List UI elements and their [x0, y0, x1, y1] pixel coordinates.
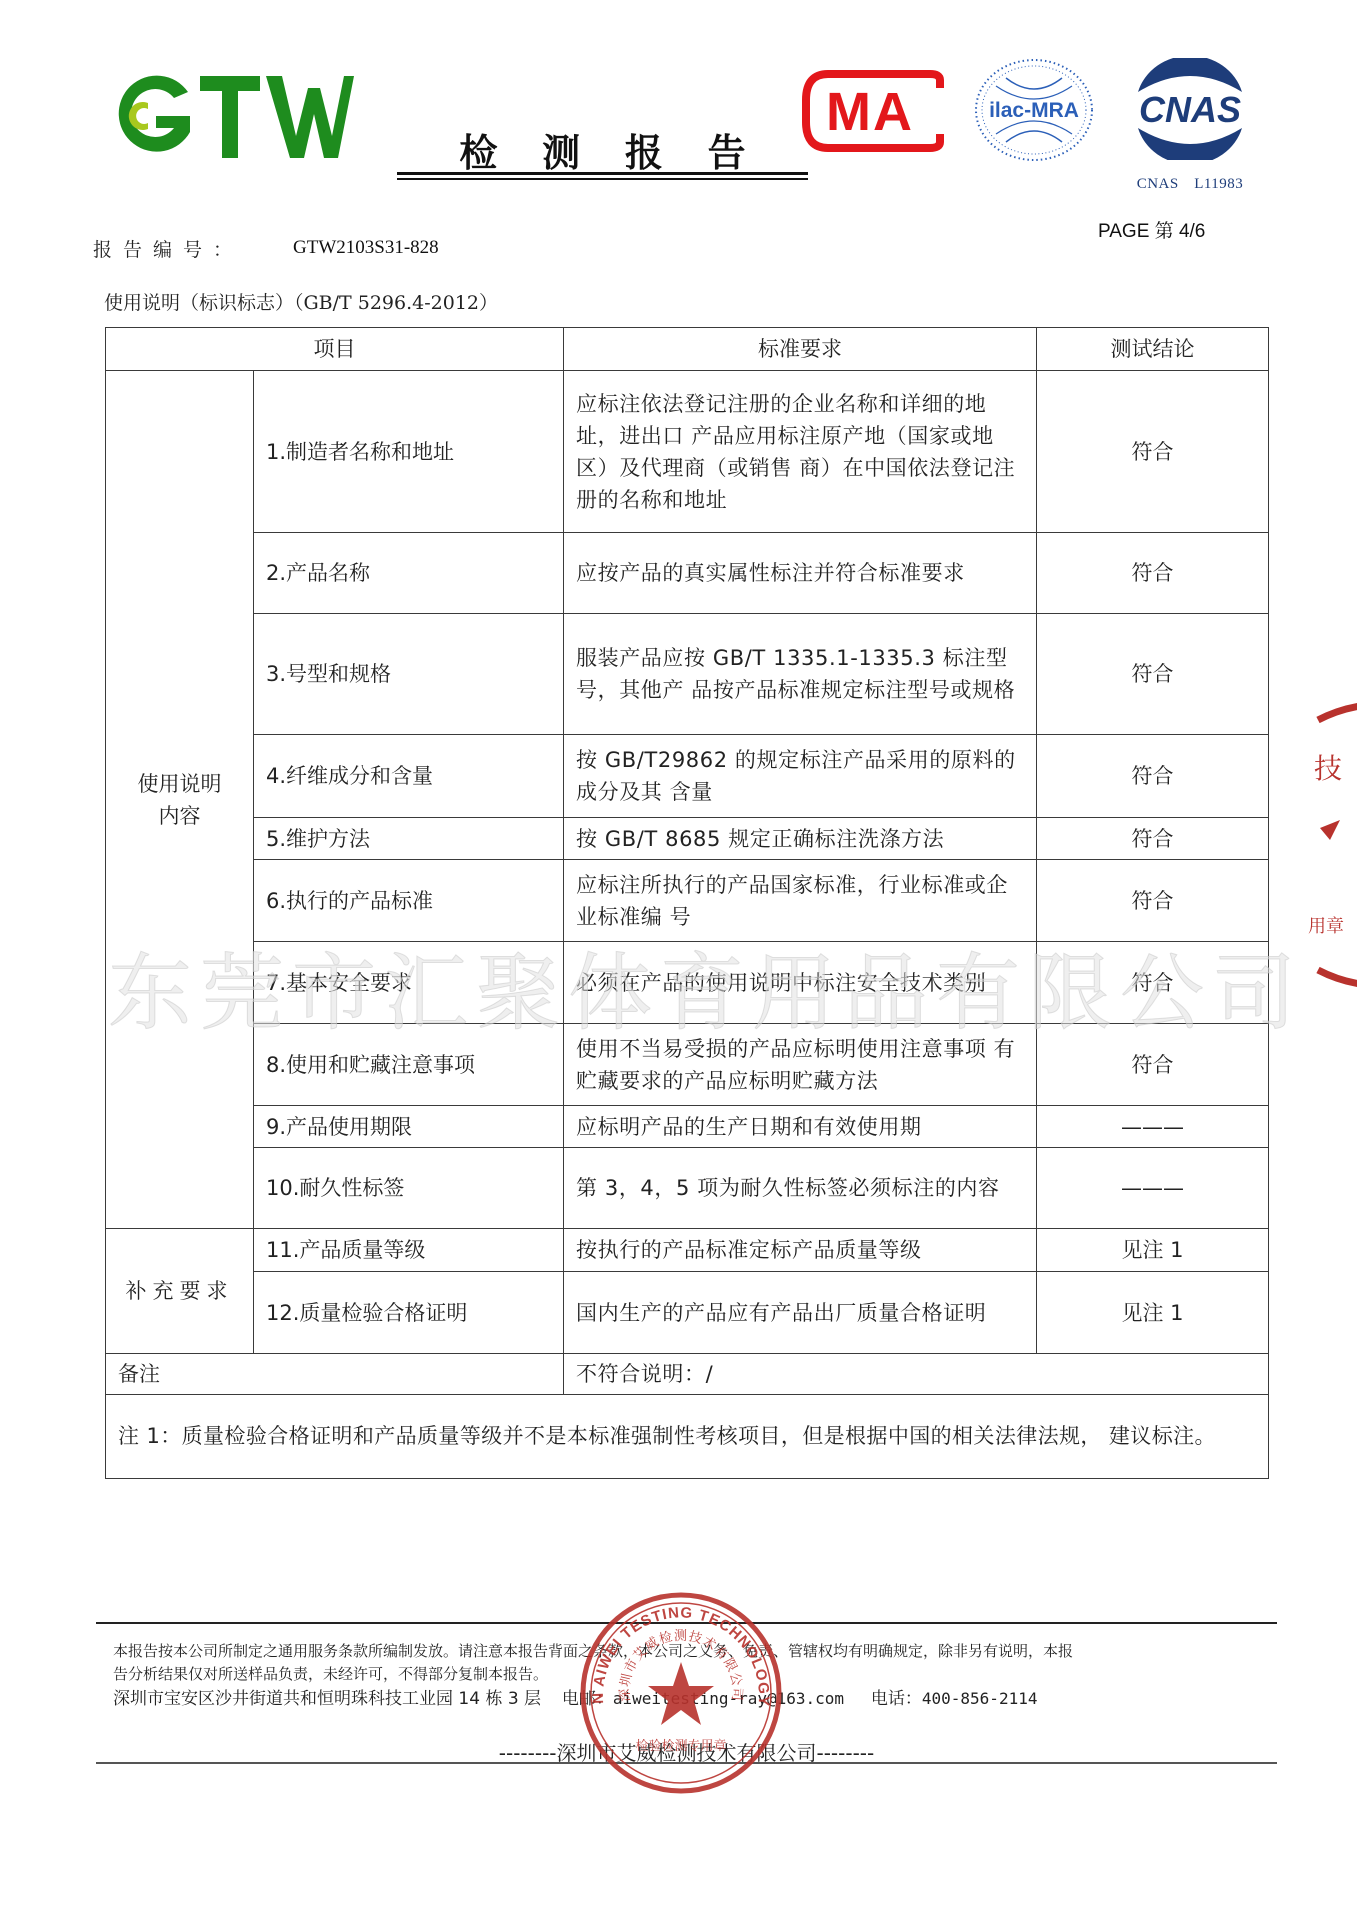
footer-phone: 400-856-2114 — [922, 1689, 1038, 1708]
gtw-logo-icon — [108, 70, 354, 162]
ilac-mra-logo: ilac-MRA — [972, 56, 1096, 164]
partial-seal-right-edge: 技 用章 — [1300, 700, 1357, 990]
svg-text:技: 技 — [1314, 752, 1342, 785]
title-underline-thin — [397, 178, 808, 180]
title-char: 测 — [542, 122, 580, 177]
table-row: 补充要求 11.产品质量等级 按执行的产品标准定标产品质量等级 见注 1 — [106, 1229, 1269, 1272]
title-underline-thick — [397, 172, 808, 175]
requirement-cell: 第 3，4，5 项为耐久性标签必须标注的内容 — [564, 1148, 1037, 1229]
result-cell: 符合 — [1037, 371, 1269, 533]
report-number-row: 报告编号： GTW2103S31-828 — [93, 234, 439, 262]
footer-disclaimer-line2: 告分析结果仅对所送样品负责，未经许可，不得部分复制本报告。 — [113, 1663, 548, 1684]
seal-stamp-icon: SHENZHEN AIWEI TESTING TECHNOLOGY CO.,LT… — [578, 1590, 784, 1796]
item-cell: 5.维护方法 — [254, 818, 564, 860]
requirement-cell: 应标注所执行的产品国家标准，行业标准或企业标准编 号 — [564, 860, 1037, 942]
column-header-item: 项目 — [106, 328, 564, 371]
note-text: 注 1：质量检验合格证明和产品质量等级并不是本标准强制性考核项目，但是根据中国的… — [106, 1395, 1269, 1479]
svg-text:检验检测专用章: 检验检测专用章 — [635, 1738, 726, 1754]
item-cell: 8.使用和贮藏注意事项 — [254, 1024, 564, 1106]
report-title: 检 测 报 告 — [397, 126, 808, 172]
item-cell: 1.制造者名称和地址 — [254, 371, 564, 533]
svg-text:ilac-MRA: ilac-MRA — [989, 99, 1079, 122]
result-cell: 见注 1 — [1037, 1229, 1269, 1272]
requirement-cell: 国内生产的产品应有产品出厂质量合格证明 — [564, 1272, 1037, 1354]
table-row: 3.号型和规格 服装产品应按 GB/T 1335.1-1335.3 标注型号，其… — [106, 614, 1269, 735]
page-number: PAGE 第 4/6 — [1098, 216, 1258, 243]
item-cell: 4.纤维成分和含量 — [254, 735, 564, 818]
title-char: 告 — [708, 122, 746, 177]
footer-address: 深圳市宝安区沙井街道共和恒明珠科技工业园 14 栋 3 层 — [113, 1689, 541, 1709]
remark-label: 备注 — [106, 1354, 564, 1395]
result-cell: 符合 — [1037, 860, 1269, 942]
item-cell: 2.产品名称 — [254, 533, 564, 614]
ilac-mra-icon: ilac-MRA — [972, 56, 1096, 164]
result-cell: 见注 1 — [1037, 1272, 1269, 1354]
item-cell: 7.基本安全要求 — [254, 942, 564, 1024]
cnas-logo: CNAS — [1124, 58, 1256, 160]
inspection-table: 项目 标准要求 测试结论 使用说明 内容 1.制造者名称和地址 应标注依法登记注… — [105, 327, 1269, 1479]
requirement-cell: 按 GB/T29862 的规定标注产品采用的原料的成分及其 含量 — [564, 735, 1037, 818]
report-number-value: GTW2103S31-828 — [293, 237, 439, 259]
seal-fragment-icon: 技 用章 — [1300, 700, 1357, 990]
table-row: 4.纤维成分和含量 按 GB/T29862 的规定标注产品采用的原料的成分及其 … — [106, 735, 1269, 818]
title-char: 报 — [625, 122, 663, 177]
requirement-cell: 应按产品的真实属性标注并符合标准要求 — [564, 533, 1037, 614]
report-number-label: 报告编号： — [93, 235, 293, 262]
result-cell: 符合 — [1037, 735, 1269, 818]
table-row: 2.产品名称 应按产品的真实属性标注并符合标准要求 符合 — [106, 533, 1269, 614]
table-row: 10.耐久性标签 第 3，4，5 项为耐久性标签必须标注的内容 ——— — [106, 1148, 1269, 1229]
svg-text:用章: 用章 — [1308, 916, 1344, 937]
title-char: 检 — [459, 122, 497, 177]
remark-value: 不符合说明：/ — [564, 1354, 1269, 1395]
svg-text:MA: MA — [826, 82, 914, 142]
table-row: 8.使用和贮藏注意事项 使用不当易受损的产品应标明使用注意事项 有贮藏要求的产品… — [106, 1024, 1269, 1106]
item-cell: 9.产品使用期限 — [254, 1106, 564, 1148]
result-cell: 符合 — [1037, 942, 1269, 1024]
requirement-cell: 应标注依法登记注册的企业名称和详细的地址，进出口 产品应用标注原产地（国家或地区… — [564, 371, 1037, 533]
result-cell: 符合 — [1037, 818, 1269, 860]
requirement-cell: 服装产品应按 GB/T 1335.1-1335.3 标注型号，其他产 品按产品标… — [564, 614, 1037, 735]
result-cell: 符合 — [1037, 614, 1269, 735]
item-cell: 10.耐久性标签 — [254, 1148, 564, 1229]
note-row: 注 1：质量检验合格证明和产品质量等级并不是本标准强制性考核项目，但是根据中国的… — [106, 1395, 1269, 1479]
table-row: 7.基本安全要求 必须在产品的使用说明中标注安全技术类别 符合 — [106, 942, 1269, 1024]
result-cell: 符合 — [1037, 1024, 1269, 1106]
requirement-cell: 必须在产品的使用说明中标注安全技术类别 — [564, 942, 1037, 1024]
remark-row: 备注 不符合说明：/ — [106, 1354, 1269, 1395]
table-row: 12.质量检验合格证明 国内生产的产品应有产品出厂质量合格证明 见注 1 — [106, 1272, 1269, 1354]
table-row: 6.执行的产品标准 应标注所执行的产品国家标准，行业标准或企业标准编 号 符合 — [106, 860, 1269, 942]
cnas-mark-icon: CNAS — [1124, 58, 1256, 160]
gtw-logo — [108, 70, 354, 162]
result-cell: 符合 — [1037, 533, 1269, 614]
footer-contact-line: 深圳市宝安区沙井街道共和恒明珠科技工业园 14 栋 3 层 电邮：aiweite… — [113, 1684, 1037, 1709]
item-cell: 3.号型和规格 — [254, 614, 564, 735]
cma-mark-icon: MA — [800, 70, 946, 152]
requirement-cell: 应标明产品的生产日期和有效使用期 — [564, 1106, 1037, 1148]
result-cell: ——— — [1037, 1106, 1269, 1148]
table-row: 5.维护方法 按 GB/T 8685 规定正确标注洗涤方法 符合 — [106, 818, 1269, 860]
cnas-accreditation-code: CNAS L11983 — [1124, 172, 1256, 193]
table-header-row: 项目 标准要求 测试结论 — [106, 328, 1269, 371]
section-subtitle: 使用说明（标识标志）（GB/T 5296.4-2012） — [104, 288, 498, 315]
item-cell: 11.产品质量等级 — [254, 1229, 564, 1272]
requirement-cell: 按 GB/T 8685 规定正确标注洗涤方法 — [564, 818, 1037, 860]
item-cell: 12.质量检验合格证明 — [254, 1272, 564, 1354]
group-label-supplementary: 补充要求 — [106, 1229, 254, 1354]
company-official-seal: SHENZHEN AIWEI TESTING TECHNOLOGY CO.,LT… — [578, 1590, 784, 1796]
column-header-requirement: 标准要求 — [564, 328, 1037, 371]
table-row: 使用说明 内容 1.制造者名称和地址 应标注依法登记注册的企业名称和详细的地址，… — [106, 371, 1269, 533]
item-cell: 6.执行的产品标准 — [254, 860, 564, 942]
result-cell: ——— — [1037, 1148, 1269, 1229]
column-header-result: 测试结论 — [1037, 328, 1269, 371]
group-label-instructions: 使用说明 内容 — [106, 371, 254, 1229]
cma-logo: MA — [800, 70, 946, 152]
requirement-cell: 按执行的产品标准定标产品质量等级 — [564, 1229, 1037, 1272]
footer-phone-label: 电话： — [871, 1689, 922, 1709]
requirement-cell: 使用不当易受损的产品应标明使用注意事项 有贮藏要求的产品应标明贮藏方法 — [564, 1024, 1037, 1106]
svg-text:CNAS: CNAS — [1139, 89, 1241, 130]
table-row: 9.产品使用期限 应标明产品的生产日期和有效使用期 ——— — [106, 1106, 1269, 1148]
